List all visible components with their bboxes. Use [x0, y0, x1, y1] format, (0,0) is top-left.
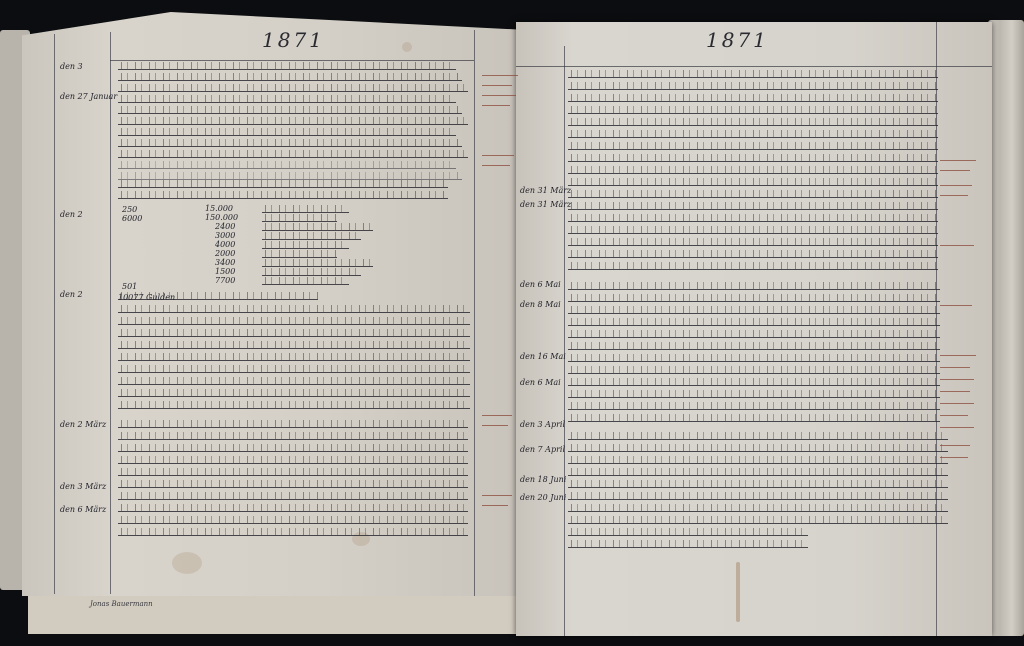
tally-number: 501 [122, 282, 137, 291]
tally-number: 3400 [215, 258, 235, 267]
margin-note [940, 386, 970, 392]
handwritten-line [262, 205, 349, 213]
tally-number: 250 [122, 205, 137, 214]
margin-date: den 6 Mai [520, 280, 561, 289]
handwritten-line [118, 191, 448, 199]
margin-date: den 2 [60, 210, 83, 219]
right-header-rule [516, 66, 992, 67]
handwritten-line [262, 223, 373, 231]
tally-number: 150.000 [205, 213, 238, 222]
right-year-heading: 1871 [706, 28, 769, 52]
handwritten-line [118, 516, 468, 524]
margin-date: den 7 April [520, 445, 565, 454]
handwritten-line [262, 277, 349, 285]
handwritten-line [568, 118, 938, 126]
handwritten-line [568, 82, 938, 90]
handwritten-line [118, 139, 462, 147]
handwritten-line [568, 540, 808, 548]
tally-number: 2400 [215, 222, 235, 231]
handwritten-line [118, 480, 468, 488]
handwritten-line [118, 444, 468, 452]
margin-date: den 3 April [520, 420, 565, 429]
handwritten-line [118, 528, 468, 536]
handwritten-line [118, 468, 468, 476]
handwritten-line [118, 128, 456, 136]
handwritten-line [568, 130, 938, 138]
handwritten-line [568, 250, 938, 258]
handwritten-line [568, 106, 938, 114]
handwritten-line [118, 401, 470, 409]
margin-note [482, 80, 512, 86]
handwritten-line [568, 306, 940, 314]
handwritten-line [118, 377, 470, 385]
handwritten-line [118, 161, 456, 169]
handwritten-line [568, 226, 938, 234]
handwritten-line [118, 73, 462, 81]
margin-note [940, 398, 974, 404]
margin-note [482, 100, 510, 106]
margin-note [940, 180, 972, 186]
handwritten-line [568, 516, 948, 524]
tally-number: 7700 [215, 276, 235, 285]
page-stack-right [988, 20, 1024, 636]
handwritten-line [118, 341, 470, 349]
margin-note [940, 374, 974, 380]
margin-note [940, 362, 970, 368]
left-header-rule [110, 60, 474, 61]
handwritten-line [262, 250, 337, 258]
handwritten-line [568, 354, 940, 362]
margin-note [940, 422, 974, 428]
handwritten-line [568, 528, 808, 536]
left-date-rule [110, 32, 111, 594]
handwritten-line [118, 305, 470, 313]
tally-number: 4000 [215, 240, 235, 249]
stain [736, 562, 740, 622]
handwritten-line [118, 420, 468, 428]
margin-date: den 20 Juni [520, 493, 566, 502]
stain [172, 552, 202, 574]
handwritten-line [262, 259, 373, 267]
handwritten-line [118, 117, 468, 125]
margin-note [482, 150, 514, 156]
margin-note [482, 160, 510, 166]
handwritten-line [118, 95, 456, 103]
handwritten-line [568, 342, 940, 350]
margin-note [940, 165, 970, 171]
margin-note [940, 190, 968, 196]
margin-note [482, 490, 512, 496]
margin-date: den 2 [60, 290, 83, 299]
margin-note [940, 350, 976, 356]
tally-number: 1500 [215, 267, 235, 276]
margin-date: den 16 Mai [520, 352, 566, 361]
left-margin-rule [54, 34, 55, 594]
handwritten-line [118, 62, 456, 70]
bottom-strip-text: Jonas Bauermann [90, 600, 153, 608]
handwritten-line [118, 504, 468, 512]
handwritten-line [568, 330, 940, 338]
total-line: 10077 Gulden [118, 293, 175, 302]
handwritten-line [568, 94, 938, 102]
handwritten-line [568, 480, 948, 488]
handwritten-line [568, 154, 938, 162]
margin-date: den 27 Januar [60, 92, 117, 101]
margin-note [940, 452, 968, 458]
handwritten-line [262, 214, 337, 222]
margin-date: den 18 Juni [520, 475, 566, 484]
margin-date: den 2 März [60, 420, 106, 429]
left-year-heading: 1871 [262, 28, 325, 52]
handwritten-line [118, 432, 468, 440]
margin-date: den 8 Mai [520, 300, 561, 309]
tally-number: 2000 [215, 249, 235, 258]
left-right-rule [474, 30, 475, 596]
handwritten-line [118, 329, 470, 337]
margin-date: den 6 März [60, 505, 106, 514]
handwritten-line [262, 232, 361, 240]
tally-number: 3000 [215, 231, 235, 240]
margin-note [940, 155, 976, 161]
handwritten-line [568, 318, 940, 326]
handwritten-line [118, 389, 470, 397]
handwritten-line [568, 178, 938, 186]
handwritten-line [568, 492, 948, 500]
handwritten-line [568, 238, 938, 246]
tally-number: 6000 [122, 214, 142, 223]
handwritten-line [118, 84, 468, 92]
handwritten-line [568, 282, 940, 290]
handwritten-line [568, 262, 938, 270]
handwritten-line [118, 365, 470, 373]
handwritten-line [118, 172, 462, 180]
handwritten-line [118, 456, 468, 464]
handwritten-line [568, 414, 940, 422]
handwritten-line [262, 241, 349, 249]
right-date-rule [564, 46, 565, 636]
handwritten-line [568, 202, 938, 210]
handwritten-line [568, 294, 940, 302]
handwritten-line [568, 402, 940, 410]
handwritten-line [568, 142, 938, 150]
margin-date: den 3 März [60, 482, 106, 491]
handwritten-line [118, 317, 470, 325]
right-margin-rule [936, 22, 937, 636]
handwritten-line [568, 468, 948, 476]
handwritten-line [568, 190, 938, 198]
margin-note [940, 240, 974, 246]
margin-note [482, 420, 508, 426]
handwritten-line [262, 268, 361, 276]
handwritten-line [118, 353, 470, 361]
handwritten-line [568, 214, 938, 222]
handwritten-line [568, 378, 940, 386]
margin-note [482, 500, 508, 506]
margin-note [940, 300, 972, 306]
handwritten-line [568, 70, 938, 78]
margin-date: den 31 März [520, 200, 571, 209]
handwritten-line [118, 106, 462, 114]
margin-note [940, 410, 968, 416]
margin-date: den 6 Mai [520, 378, 561, 387]
handwritten-line [568, 444, 948, 452]
handwritten-line [118, 150, 468, 158]
margin-note [482, 70, 518, 76]
handwritten-line [568, 504, 948, 512]
handwritten-line [568, 432, 948, 440]
margin-date: den 3 [60, 62, 83, 71]
margin-note [482, 410, 512, 416]
margin-note [482, 90, 516, 96]
handwritten-line [568, 166, 938, 174]
handwritten-line [118, 180, 448, 188]
handwritten-line [568, 456, 948, 464]
margin-note [940, 440, 970, 446]
margin-date: den 31 März [520, 186, 571, 195]
handwritten-line [568, 390, 940, 398]
handwritten-line [568, 366, 940, 374]
handwritten-line [118, 492, 468, 500]
stain [402, 42, 412, 52]
tally-number: 15.000 [205, 204, 233, 213]
